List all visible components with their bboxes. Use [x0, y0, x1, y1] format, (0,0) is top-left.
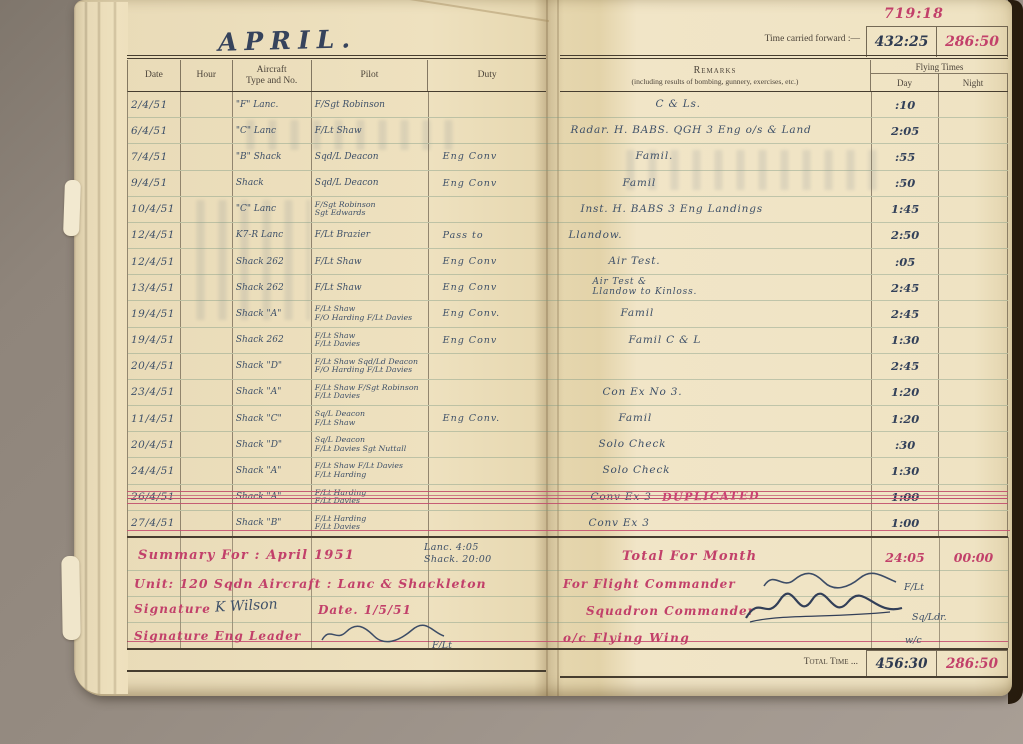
remarks-cell: Conv Ex 3 [561, 511, 872, 536]
aircraft-cell: Shack 262 [233, 328, 312, 353]
gutter-spacer [547, 406, 561, 431]
log-row: 20/4/51 Shack "D" F/Lt Shaw Sqd/Ld Deaco… [128, 354, 1008, 380]
hour-column-header: Hour [181, 60, 233, 91]
date-cell: 13/4/51 [128, 275, 181, 300]
night-time-cell [939, 380, 1008, 405]
day-column-header: Day [871, 74, 939, 91]
gutter-spacer [547, 197, 561, 222]
duty-cell: Eng Conv [429, 275, 547, 300]
aircraft-cell: Shack "D" [233, 354, 312, 379]
squadron-commander-rank: Sq/Ldr. [912, 612, 947, 623]
right-page-bottom-rule [560, 676, 1008, 678]
log-row: 23/4/51 Shack "A" F/Lt Shaw F/Sgt Robins… [128, 380, 1008, 406]
signature-date: Date. 1/5/51 [318, 603, 412, 617]
logbook-scan: APRIL. 719:18 Time carried forward :— 43… [0, 0, 1023, 744]
remarks-cell: Famil C & L [560, 328, 871, 353]
remarks-cell: Air Test. [561, 249, 872, 274]
pilot-cell: Sqd/L Deacon [312, 171, 429, 196]
date-cell: 12/4/51 [128, 249, 181, 274]
gutter-spacer [547, 380, 561, 405]
grid-line [127, 537, 128, 648]
aircraft-cell: Shack "C" [233, 406, 312, 431]
eng-leader-rank: F/Lt [432, 640, 452, 651]
day-time-cell: 1:00 [871, 485, 939, 510]
aircraft-cell: "C" Lanc [233, 197, 312, 222]
gutter-spacer [547, 144, 561, 169]
total-for-month-label: Total For Month [622, 549, 757, 564]
log-row: 12/4/51 Shack 262 F/Lt Shaw Eng Conv Air… [128, 249, 1008, 275]
hour-cell [181, 511, 233, 536]
log-row: 11/4/51 Shack "C" Sq/L DeaconF/Lt Shaw E… [128, 406, 1008, 432]
squadron-commander-label: Squadron Commander [586, 604, 755, 618]
night-time-cell [939, 144, 1008, 169]
log-row: 24/4/51 Shack "A" F/Lt Shaw F/Lt DaviesF… [128, 458, 1008, 484]
duty-cell [429, 432, 547, 457]
date-cell: 26/4/51 [128, 485, 181, 510]
remarks-cell: Famil. [560, 144, 871, 169]
log-row: 12/4/51 K7-R Lanc F/Lt Brazier Pass to L… [128, 223, 1008, 249]
duty-cell [429, 197, 547, 222]
date-cell: 10/4/51 [128, 197, 181, 222]
aircraft-cell: Shack [233, 171, 312, 196]
day-time-cell: 1:20 [871, 380, 939, 405]
log-row: 19/4/51 Shack "A" F/Lt ShawF/O Harding F… [128, 301, 1008, 327]
day-time-cell: 1:30 [871, 458, 939, 483]
hour-cell [181, 223, 233, 248]
night-time-cell [939, 328, 1008, 353]
night-time-cell [939, 275, 1008, 300]
remarks-cell: Con Ex No 3. [561, 380, 872, 405]
pilot-cell: F/Lt Shaw [312, 118, 429, 143]
pilot-cell: F/Lt Brazier [312, 223, 429, 248]
night-time-cell [939, 249, 1008, 274]
date-cell: 6/4/51 [128, 118, 181, 143]
remarks-cell: Conv Ex 3DUPLICATED [561, 485, 872, 510]
left-page-bottom-rule [127, 670, 546, 672]
night-time-cell [939, 511, 1008, 536]
gutter-spacer [546, 92, 560, 117]
aircraft-cell: Shack "A" [233, 380, 312, 405]
carried-forward-values: 432:25 286:50 [866, 26, 1008, 57]
eng-leader-signature [318, 622, 448, 646]
date-cell: 23/4/51 [128, 380, 181, 405]
aircraft-column-header: AircraftType and No. [233, 60, 312, 91]
pilot-cell: F/Lt ShawF/Lt Davies [312, 328, 429, 353]
aircraft-cell: Shack 262 [233, 275, 312, 300]
duty-cell: Eng Conv. [429, 301, 547, 326]
remarks-cell: Famil [561, 171, 872, 196]
pilot-cell: F/Lt Shaw Sqd/Ld DeaconF/O Harding F/Lt … [312, 354, 429, 379]
total-time-night: 286:50 [937, 651, 1007, 676]
gutter-spacer [547, 432, 561, 457]
remarks-cell: Inst. H. BABS 3 Eng Landings [561, 197, 872, 222]
pilot-cell: F/Lt HardingF/Lt Davies [312, 485, 429, 510]
night-time-cell [939, 118, 1008, 143]
aircraft-cell: "B" Shack [233, 144, 312, 169]
total-time-day: 456:30 [867, 651, 937, 676]
duty-cell [429, 380, 547, 405]
pilot-signature: K Wilson [215, 596, 278, 615]
hour-cell [181, 249, 233, 274]
gutter-spacer [547, 458, 561, 483]
month-total-night: 00:00 [939, 550, 1008, 565]
day-time-cell: 1:30 [871, 328, 939, 353]
day-time-cell: 1:20 [871, 406, 939, 431]
duty-cell [429, 354, 547, 379]
night-time-cell [939, 92, 1008, 117]
log-row: 19/4/51 Shack 262 F/Lt ShawF/Lt Davies E… [128, 328, 1008, 354]
signature-label: Signature [134, 602, 211, 616]
duty-cell [429, 458, 547, 483]
pilot-cell: Sq/L DeaconF/Lt Davies Sgt Nuttall [312, 432, 429, 457]
pilot-column-header: Pilot [312, 60, 429, 91]
night-time-cell [939, 223, 1008, 248]
duty-cell: Eng Conv [429, 171, 547, 196]
night-time-cell [939, 406, 1008, 431]
date-cell: 11/4/51 [128, 406, 181, 431]
table-top-rule-left [127, 55, 546, 59]
remarks-cell: C & Ls. [560, 92, 871, 117]
aircraft-cell: Shack "D" [233, 432, 312, 457]
hour-cell [181, 406, 233, 431]
night-time-cell [939, 485, 1008, 510]
summary-lanc-hours: Lanc. 4:05 [424, 542, 479, 553]
pilot-cell: Sqd/L Deacon [312, 144, 429, 169]
hour-cell [181, 301, 233, 326]
date-cell: 9/4/51 [128, 171, 181, 196]
gutter-spacer [547, 275, 561, 300]
log-row: 6/4/51 "C" Lanc F/Lt Shaw Radar. H. BABS… [128, 118, 1008, 144]
day-time-cell: 2:50 [871, 223, 939, 248]
log-row: 7/4/51 "B" Shack Sqd/L Deacon Eng Conv F… [128, 144, 1008, 170]
log-row: 27/4/51 Shack "B" F/Lt HardingF/Lt Davie… [128, 511, 1008, 536]
date-cell: 2/4/51 [128, 92, 181, 117]
total-time-values: 456:30 286:50 [866, 650, 1008, 676]
duty-cell: Eng Conv. [429, 406, 547, 431]
log-row: 9/4/51 Shack Sqd/L Deacon Eng Conv Famil… [128, 171, 1008, 197]
duty-column-header: Duty [428, 60, 546, 91]
flying-wing-rank: w/c [905, 635, 922, 646]
summary-title: Summary For : April 1951 [138, 548, 355, 563]
date-cell: 20/4/51 [128, 354, 181, 379]
summary-shack-hours: Shack. 20:00 [424, 554, 492, 565]
carried-forward-label: Time carried forward :— [690, 34, 860, 44]
hour-cell [181, 380, 233, 405]
date-cell: 24/4/51 [128, 458, 181, 483]
night-time-cell [939, 432, 1008, 457]
duty-cell: Eng Conv [429, 144, 547, 169]
eng-leader-label: Signature Eng Leader [134, 629, 301, 643]
day-time-cell: 2:45 [871, 275, 939, 300]
carried-forward-note: 719:18 [884, 6, 944, 22]
day-time-cell: 2:45 [871, 354, 939, 379]
flying-times-label: Flying Times [871, 60, 1008, 74]
gutter-spacer [547, 171, 561, 196]
night-time-cell [939, 301, 1008, 326]
pilot-cell: F/Lt HardingF/Lt Davies [312, 511, 429, 536]
gutter-spacer [547, 301, 561, 326]
pilot-cell: F/Lt Shaw [312, 249, 429, 274]
flying-wing-label: o/c Flying Wing [563, 631, 690, 645]
hour-cell [181, 92, 233, 117]
date-cell: 7/4/51 [128, 144, 181, 169]
hour-cell [181, 144, 233, 169]
remarks-cell: Solo Check [561, 432, 872, 457]
hour-cell [181, 275, 233, 300]
date-cell: 19/4/51 [128, 301, 181, 326]
aircraft-cell: Shack "B" [233, 511, 312, 536]
remarks-cell: Radar. H. BABS. QGH 3 Eng o/s & Land [561, 118, 872, 143]
flight-commander-signature [760, 568, 900, 594]
gutter-spacer [547, 511, 561, 536]
pilot-cell: F/Sgt RobinsonSgt Edwards [312, 197, 429, 222]
gutter-spacer [547, 249, 561, 274]
day-time-cell: 1:00 [871, 511, 939, 536]
summary-top-rule [127, 536, 1008, 538]
remarks-cell: Solo Check [561, 458, 872, 483]
hour-cell [181, 171, 233, 196]
summary-unit-line: Unit: 120 Sqdn Aircraft : Lanc & Shackle… [134, 576, 487, 591]
gutter-spacer [547, 485, 561, 510]
day-time-cell: :30 [871, 432, 939, 457]
remarks-cell: Air Test &Llandow to Kinloss. [561, 275, 872, 300]
carried-forward-night: 286:50 [937, 27, 1007, 57]
log-rows: 2/4/51 "F" Lanc. F/Sgt Robinson C & Ls. … [127, 92, 1008, 536]
date-cell: 27/4/51 [128, 511, 181, 536]
duty-cell: Eng Conv [429, 328, 547, 353]
page-stack-edges [74, 2, 128, 694]
remarks-cell: Famil [561, 301, 872, 326]
total-time-label: Total Time ... [700, 657, 858, 667]
pilot-cell: F/Lt Shaw F/Lt DaviesF/Lt Harding [312, 458, 429, 483]
duty-cell [429, 485, 547, 510]
day-time-cell: 2:05 [871, 118, 939, 143]
hour-cell [181, 328, 233, 353]
day-time-cell: :05 [871, 249, 939, 274]
pilot-cell: Sq/L DeaconF/Lt Shaw [312, 406, 429, 431]
remarks-cell: Llandow. [561, 223, 872, 248]
pilot-cell: F/Lt ShawF/O Harding F/Lt Davies [312, 301, 429, 326]
hour-cell [181, 197, 233, 222]
right-table-header: Remarks (including results of bombing, g… [560, 60, 1008, 92]
duty-cell: Eng Conv [429, 249, 547, 274]
remarks-cell [561, 354, 872, 379]
date-cell: 19/4/51 [128, 328, 181, 353]
month-title: APRIL. [218, 24, 358, 57]
night-time-cell [939, 171, 1008, 196]
day-time-cell: :50 [871, 171, 939, 196]
flight-commander-label: For Flight Commander [563, 577, 736, 591]
red-rule [127, 530, 1010, 531]
aircraft-cell: Shack "A" [233, 301, 312, 326]
aircraft-cell: Shack "A" [233, 485, 312, 510]
log-row: 20/4/51 Shack "D" Sq/L DeaconF/Lt Davies… [128, 432, 1008, 458]
hour-cell [181, 458, 233, 483]
hour-cell [181, 354, 233, 379]
log-row: 13/4/51 Shack 262 F/Lt Shaw Eng Conv Air… [128, 275, 1008, 301]
duty-cell [429, 92, 547, 117]
log-row: 26/4/51 Shack "A" F/Lt HardingF/Lt Davie… [128, 485, 1008, 511]
date-column-header: Date [128, 60, 181, 91]
torn-page-tab [61, 556, 80, 640]
aircraft-cell: "F" Lanc. [233, 92, 312, 117]
duplicated-stamp: DUPLICATED [662, 490, 760, 503]
gutter-spacer [547, 328, 561, 353]
hour-cell [181, 118, 233, 143]
date-cell: 20/4/51 [128, 432, 181, 457]
hour-cell [181, 432, 233, 457]
night-time-cell [939, 354, 1008, 379]
duty-cell [429, 118, 547, 143]
log-row: 10/4/51 "C" Lanc F/Sgt RobinsonSgt Edwar… [128, 197, 1008, 223]
pilot-cell: F/Lt Shaw [312, 275, 429, 300]
day-time-cell: :55 [871, 144, 939, 169]
day-time-cell: 1:45 [871, 197, 939, 222]
night-time-cell [939, 458, 1008, 483]
aircraft-cell: Shack 262 [233, 249, 312, 274]
date-cell: 12/4/51 [128, 223, 181, 248]
pilot-cell: F/Sgt Robinson [312, 92, 429, 117]
carried-forward-day: 432:25 [867, 27, 937, 57]
duty-cell [429, 511, 547, 536]
night-time-cell [939, 197, 1008, 222]
hour-cell [181, 485, 233, 510]
day-time-cell: 2:45 [871, 301, 939, 326]
gutter-spacer [547, 223, 561, 248]
night-column-header: Night [939, 74, 1008, 91]
aircraft-cell: "C" Lanc [233, 118, 312, 143]
flying-times-header: Flying Times Day Night [871, 60, 1008, 91]
grid-line [1008, 537, 1009, 648]
month-total-day: 24:05 [871, 550, 939, 565]
left-table-header: Date Hour AircraftType and No. Pilot Dut… [127, 60, 546, 92]
squadron-commander-signature [740, 592, 910, 626]
torn-page-tab [63, 180, 81, 237]
log-row: 2/4/51 "F" Lanc. F/Sgt Robinson C & Ls. … [128, 92, 1008, 118]
gutter-spacer [547, 354, 561, 379]
pilot-cell: F/Lt Shaw F/Sgt RobinsonF/Lt Davies [312, 380, 429, 405]
duty-cell: Pass to [429, 223, 547, 248]
remarks-column-header: Remarks (including results of bombing, g… [560, 60, 871, 91]
day-time-cell: :10 [871, 92, 939, 117]
remarks-cell: Famil [561, 406, 872, 431]
aircraft-cell: K7-R Lanc [233, 223, 312, 248]
gutter-spacer [547, 118, 561, 143]
aircraft-cell: Shack "A" [233, 458, 312, 483]
